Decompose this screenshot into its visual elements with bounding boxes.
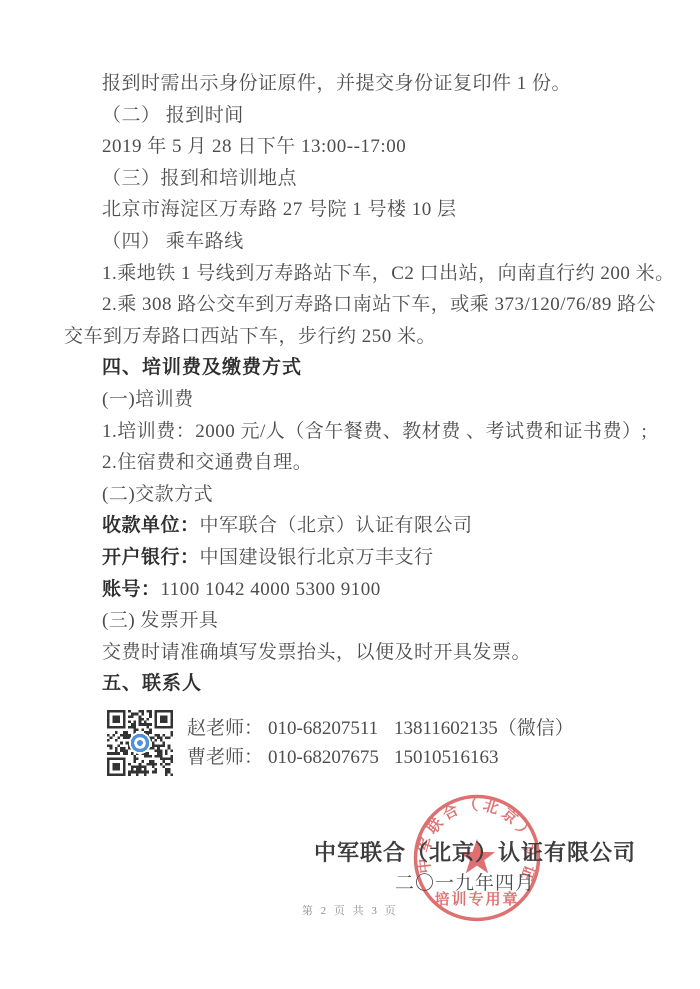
- document-line: 交车到万寿路口西站下车，步行约 250 米。: [64, 321, 672, 353]
- line-text: 四、培训费及缴费方式: [102, 357, 302, 378]
- contact-mobile: 13811602135（微信）: [394, 714, 574, 743]
- line-text: 2.住宿费和交通费自理。: [102, 452, 312, 473]
- document-line: 1.乘地铁 1 号线到万寿路站下车，C2 口出站，向南直行约 200 米。: [64, 258, 672, 290]
- contact-mobile: 15010516163: [394, 743, 499, 772]
- line-text: 北京市海淀区万寿路 27 号院 1 号楼 10 层: [102, 199, 457, 220]
- page-footer: 第 2 页 共 3 页: [0, 902, 700, 918]
- document-line: 报到时需出示身份证原件，并提交身份证复印件 1 份。: [64, 68, 672, 100]
- document-line: 交费时请准确填写发票抬头，以便及时开具发票。: [64, 637, 672, 669]
- document-line: （四） 乘车路线: [64, 226, 672, 258]
- document-line: (一)培训费: [64, 384, 672, 416]
- document-body: 报到时需出示身份证原件，并提交身份证复印件 1 份。 （二） 报到时间 2019…: [0, 0, 700, 700]
- document-line: 五、联系人: [64, 668, 672, 700]
- qr-code-icon: [107, 710, 173, 776]
- document-line: （三）报到和培训地点: [64, 163, 672, 195]
- field-label: 收款单位：: [102, 515, 200, 536]
- document-line: 账号：1100 1042 4000 5300 9100: [64, 574, 672, 606]
- line-text: 1100 1042 4000 5300 9100: [161, 579, 381, 600]
- line-text: (三) 发票开具: [102, 610, 218, 631]
- document-line: (二)交款方式: [64, 479, 672, 511]
- line-text: 2.乘 308 路公交车到万寿路口南站下车，或乘 373/120/76/89 路…: [102, 294, 656, 315]
- line-text: 交车到万寿路口西站下车，步行约 250 米。: [64, 326, 436, 347]
- contacts-block: 赵老师： 010-68207511 13811602135（微信） 曹老师： 0…: [107, 710, 700, 776]
- document-line: 收款单位：中军联合（北京）认证有限公司: [64, 510, 672, 542]
- line-text: 1.乘地铁 1 号线到万寿路站下车，C2 口出站，向南直行约 200 米。: [102, 263, 675, 284]
- line-text: 五、联系人: [102, 673, 202, 694]
- scanned-document-page: 报到时需出示身份证原件，并提交身份证复印件 1 份。 （二） 报到时间 2019…: [0, 0, 700, 989]
- signature-company: 中军联合（北京）认证有限公司: [280, 836, 670, 867]
- line-text: 报到时需出示身份证原件，并提交身份证复印件 1 份。: [102, 73, 571, 94]
- document-line: 四、培训费及缴费方式: [64, 352, 672, 384]
- contact-phone: 010-68207675: [268, 743, 394, 772]
- contact-phone: 010-68207511: [268, 714, 394, 743]
- line-text: 交费时请准确填写发票抬头，以便及时开具发票。: [102, 642, 531, 663]
- line-text: 1.培训费：2000 元/人（含午餐费、教材费 、考试费和证书费）;: [102, 421, 647, 442]
- line-text: 2019 年 5 月 28 日下午 13:00--17:00: [102, 136, 406, 157]
- document-line: 1.培训费：2000 元/人（含午餐费、教材费 、考试费和证书费）;: [64, 416, 672, 448]
- field-label: 开户银行：: [102, 547, 200, 568]
- document-line: 2.住宿费和交通费自理。: [64, 447, 672, 479]
- line-text: （四） 乘车路线: [102, 231, 244, 252]
- contact-row: 曹老师： 010-68207675 15010516163: [187, 743, 574, 772]
- line-text: （三）报到和培训地点: [102, 168, 297, 189]
- contact-name: 曹老师：: [187, 743, 268, 772]
- line-text: (二)交款方式: [102, 484, 213, 505]
- line-text: 中军联合（北京）认证有限公司: [200, 515, 473, 536]
- line-text: 中国建设银行北京万丰支行: [200, 547, 434, 568]
- field-label: 账号：: [102, 579, 161, 600]
- document-line: (三) 发票开具: [64, 605, 672, 637]
- document-line: 北京市海淀区万寿路 27 号院 1 号楼 10 层: [64, 194, 672, 226]
- document-line: 2019 年 5 月 28 日下午 13:00--17:00: [64, 131, 672, 163]
- document-line: 2.乘 308 路公交车到万寿路口南站下车，或乘 373/120/76/89 路…: [64, 289, 672, 321]
- signature-date: 二〇一九年四月: [270, 868, 660, 895]
- contact-name: 赵老师：: [187, 714, 268, 743]
- line-text: (一)培训费: [102, 389, 194, 410]
- document-line: （二） 报到时间: [64, 100, 672, 132]
- document-line: 开户银行：中国建设银行北京万丰支行: [64, 542, 672, 574]
- contact-row: 赵老师： 010-68207511 13811602135（微信）: [187, 714, 574, 743]
- line-text: （二） 报到时间: [102, 105, 244, 126]
- contact-list: 赵老师： 010-68207511 13811602135（微信） 曹老师： 0…: [187, 714, 574, 772]
